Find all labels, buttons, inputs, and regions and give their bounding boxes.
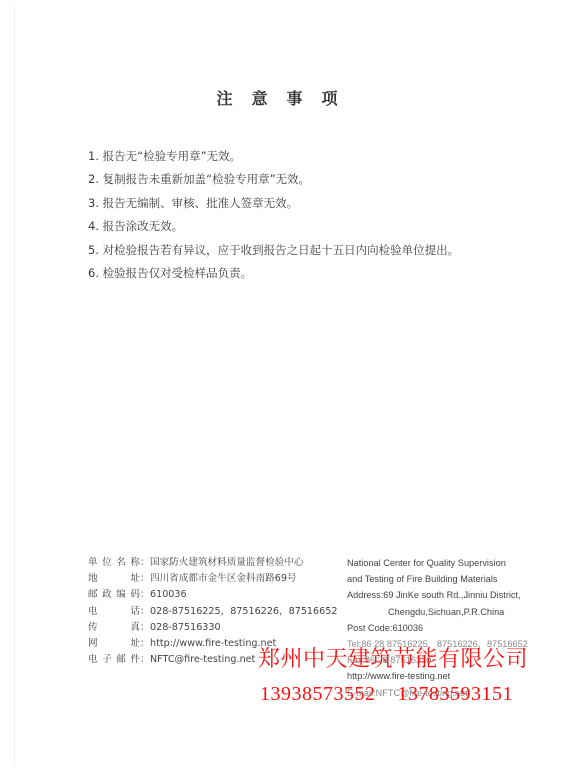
note-item: 2. 复制报告未重新加盖“检验专用章”无效。 xyxy=(88,168,459,191)
contact-row-phone: 电话：028-87516225，87516226，87516652 xyxy=(88,604,337,620)
contact-label: 网址 xyxy=(88,636,140,652)
contact-value: 四川省成都市金牛区金科南路69号 xyxy=(150,573,297,584)
page-title: 注意事项 xyxy=(0,86,561,109)
note-item: 6. 检验报告仅对受检样品负责。 xyxy=(88,262,459,285)
contact-label: 地址 xyxy=(88,571,140,587)
contact-row-address: 地址：四川省成都市金牛区金科南路69号 xyxy=(88,571,337,587)
contact-en-line: National Center for Quality Supervision xyxy=(347,555,528,571)
contact-label: 传真 xyxy=(88,620,140,636)
watermark-phones: 1393857355213783593151 xyxy=(260,683,513,706)
contact-label: 电子邮件 xyxy=(88,652,140,668)
contact-value: NFTC@fire-testing.net xyxy=(150,654,255,665)
note-item: 3. 报告无编制、审核、批准人签章无效。 xyxy=(88,192,459,215)
contact-label: 电话 xyxy=(88,604,140,620)
note-item: 5. 对检验报告若有异议，应于收到报告之日起十五日内向检验单位提出。 xyxy=(88,239,459,262)
watermark-company-name: 郑州中天建筑节能有限公司 xyxy=(258,642,528,673)
watermark-phone-2: 13783593151 xyxy=(398,683,514,705)
contact-row-postcode: 邮政编码：610036 xyxy=(88,587,337,603)
contact-label: 单位名称 xyxy=(88,555,140,571)
contact-value: 国家防火建筑材料质量监督检验中心 xyxy=(150,557,304,568)
contact-en-line: and Testing of Fire Building Materials xyxy=(347,571,528,587)
notes-list: 1. 报告无“检验专用章”无效。 2. 复制报告未重新加盖“检验专用章”无效。 … xyxy=(88,145,459,285)
note-item: 1. 报告无“检验专用章”无效。 xyxy=(88,145,459,168)
note-item: 4. 报告涂改无效。 xyxy=(88,215,459,238)
contact-en-line: Address:69 JinKe south Rd.,Jinniu Distri… xyxy=(347,587,528,603)
scan-page-edge xyxy=(14,6,15,766)
contact-row-fax: 传真：028-87516330 xyxy=(88,620,337,636)
contact-value: 028-87516225，87516226，87516652 xyxy=(150,606,337,617)
watermark-phone-1: 13938573552 xyxy=(260,683,376,705)
contact-value: 028-87516330 xyxy=(150,622,221,633)
contact-en-line: Post Code:610036 xyxy=(347,620,528,636)
contact-info-english: National Center for Quality Supervision … xyxy=(347,555,528,701)
contact-value: 610036 xyxy=(150,589,187,600)
contact-row-org-name: 单位名称：国家防火建筑材料质量监督检验中心 xyxy=(88,555,337,571)
contact-en-line: Chengdu,Sichuan,P.R.China xyxy=(347,604,528,620)
contact-label: 邮政编码 xyxy=(88,587,140,603)
